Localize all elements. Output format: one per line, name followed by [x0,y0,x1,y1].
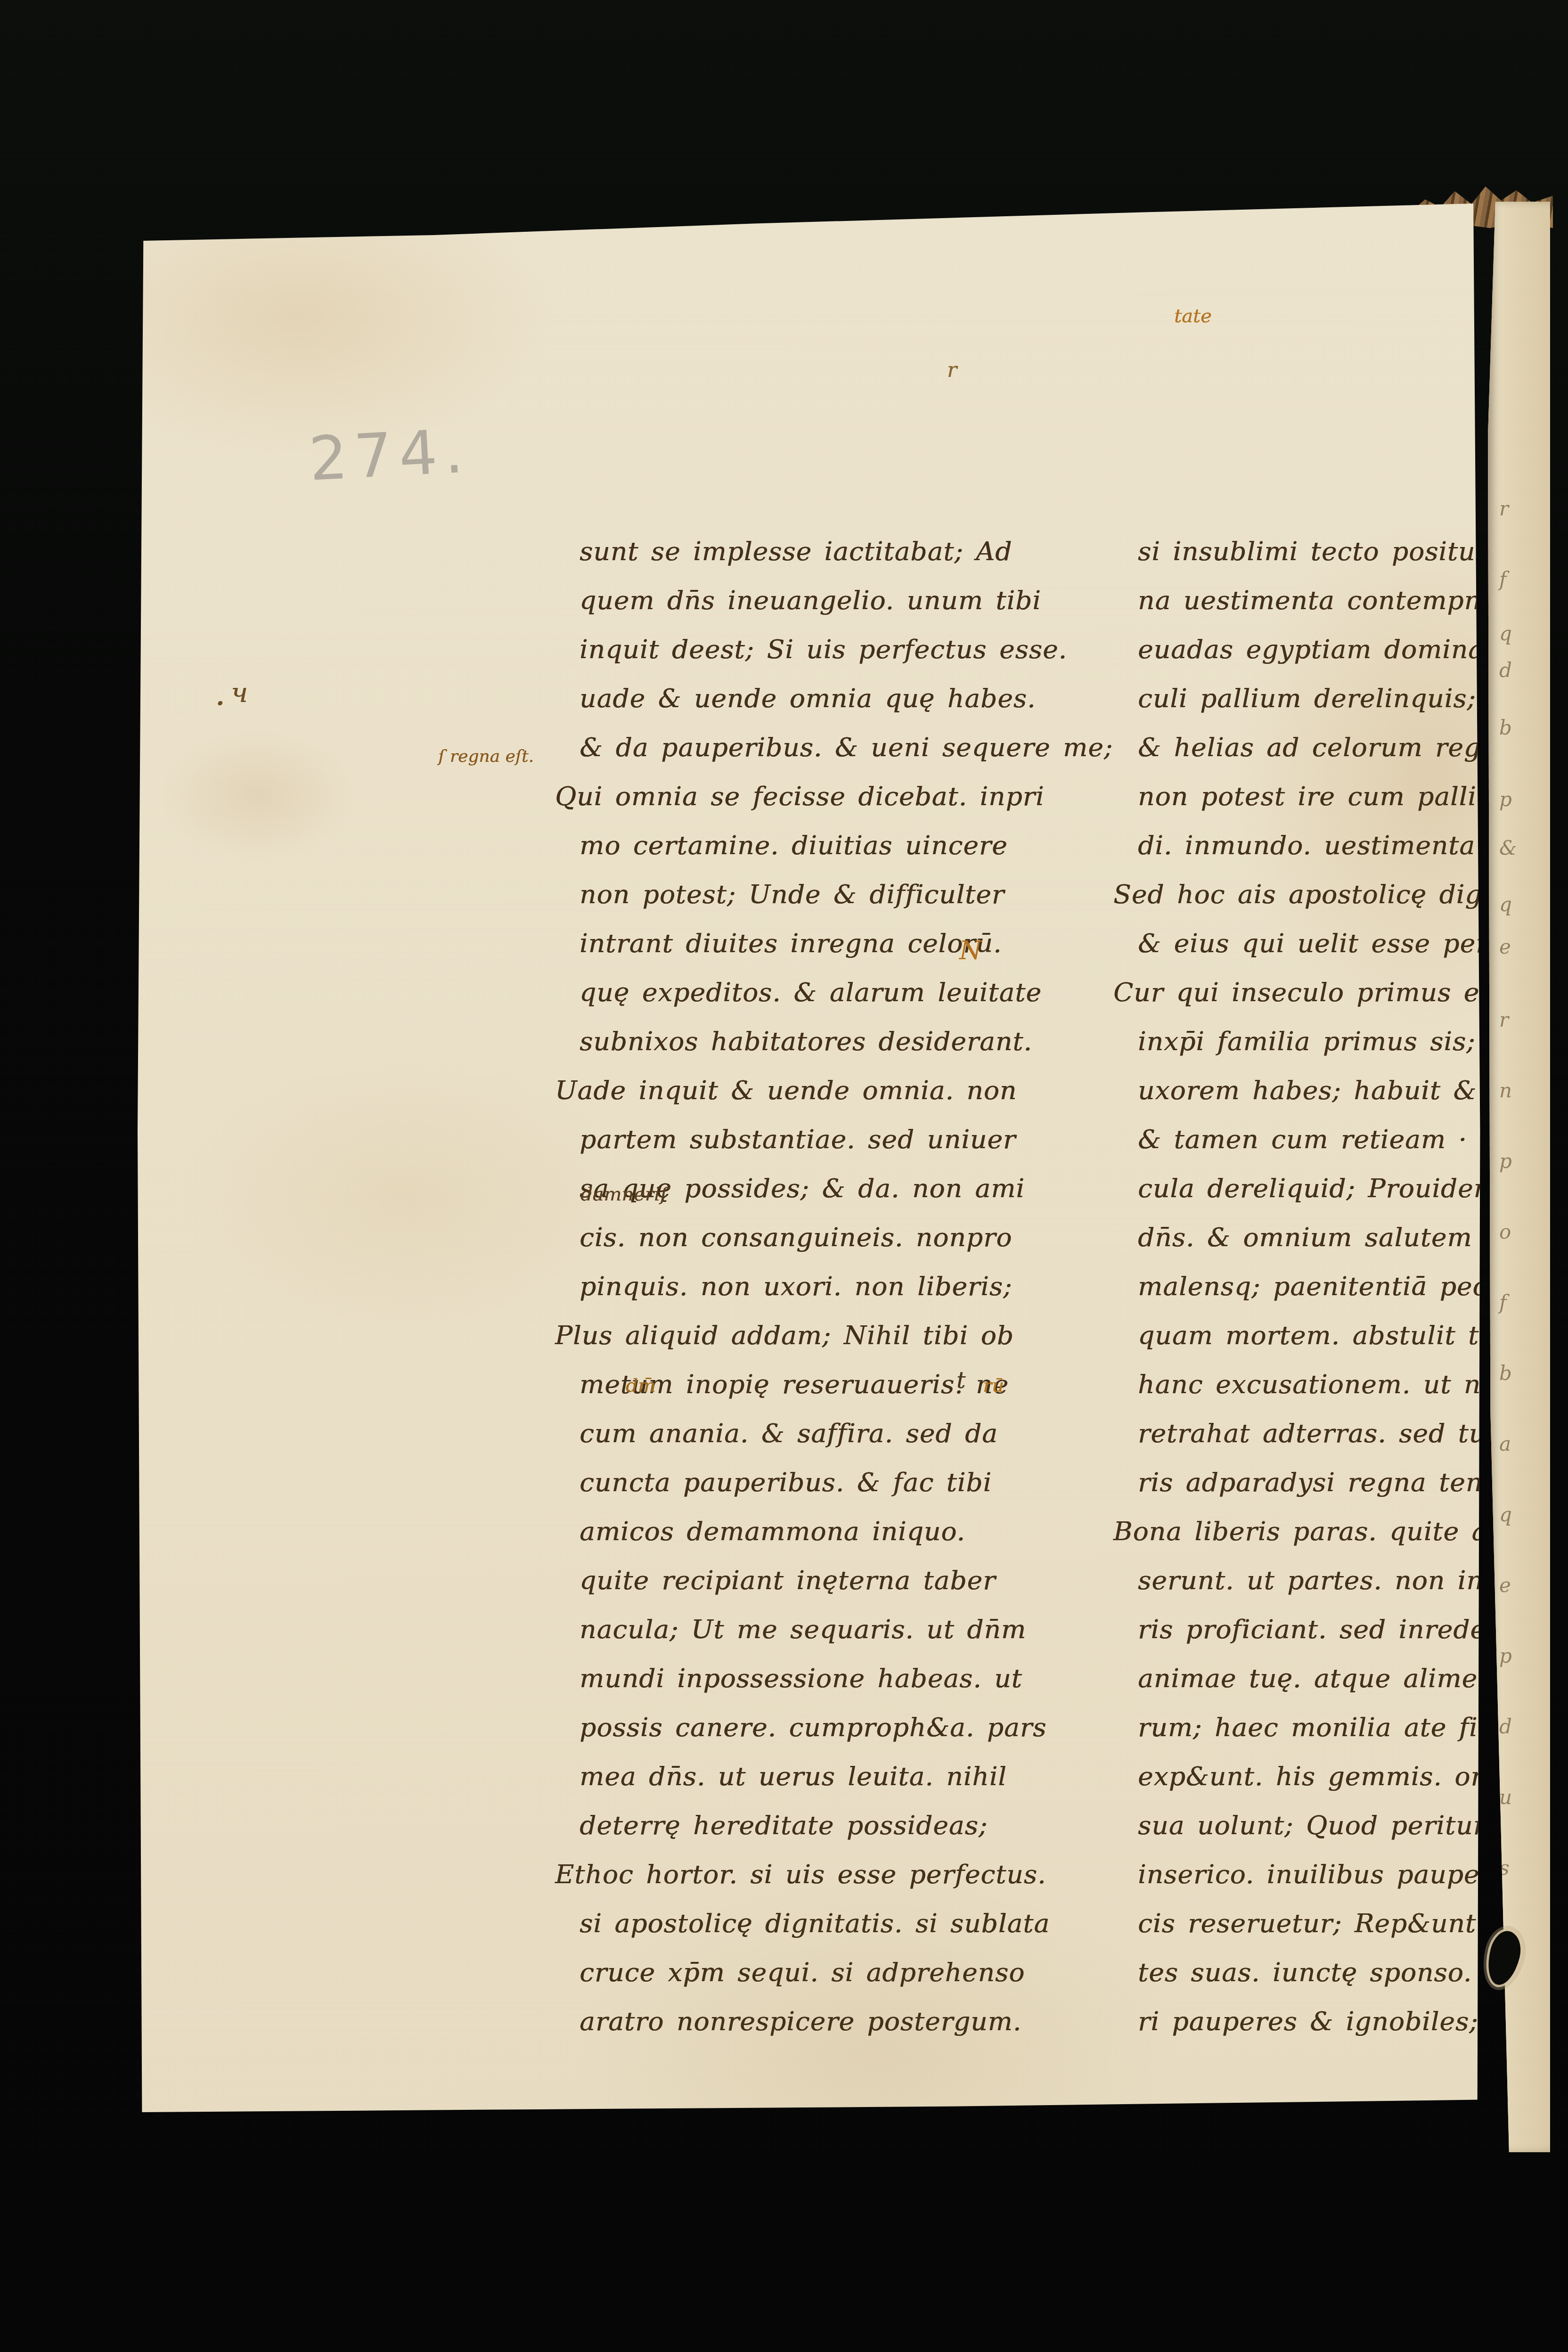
text-line: & da pauperibus. & ueni sequere me; [580,723,1113,772]
edge-letter: p [1499,788,1512,811]
text-line: mo certamine. diuitias uincere [580,821,1113,870]
text-line: si apostolicę dignitatis. si sublata [580,1899,1113,1948]
edge-letter: f [1499,1291,1507,1314]
margin-mark: ч [231,677,248,709]
text-line: amicos demammona iniquo. [580,1507,1113,1556]
edge-letter: q [1499,1503,1512,1526]
text-line: cum anania. & saffira. sed da [580,1409,1113,1458]
margin-mark: N [959,936,981,965]
edge-letter: o [1499,1220,1511,1243]
interlinear-gloss: dm̄ [626,1375,656,1396]
edge-letter: q [1499,622,1512,645]
text-line: possis canere. cumproph&a. pars [580,1703,1113,1752]
text-line: pinquis. non uxori. non liberis; [580,1262,1113,1311]
text-line: partem substantiae. sed uniuer [580,1115,1113,1164]
edge-letter: r [1499,497,1509,520]
text-line: non potest; Unde & difficulter [580,870,1113,919]
edge-letter: r [1499,1008,1509,1031]
edge-letter: q [1499,893,1512,916]
text-line: aratro nonrespicere postergum. [580,1997,1113,2046]
edge-letter: b [1499,716,1512,739]
photograph-stage: 274. sunt se implesse iactitabat; Adquem… [0,0,1568,2352]
text-line: deterrę hereditate possideas; [580,1801,1113,1850]
text-line: subnixos habitatores desiderant. [580,1017,1113,1066]
text-line: inquit deest; Si uis perfectus esse. [580,625,1113,674]
text-line: nacula; Ut me sequaris. ut dn̄m [580,1605,1113,1654]
interlinear-gloss: damneriſ [580,1184,667,1205]
pencil-folio-number: 274. [307,416,471,495]
text-line: cuncta pauperibus. & fac tibi [580,1458,1113,1507]
text-line: cruce xp̄m sequi. si adprehenso [580,1948,1113,1997]
edge-letter: u [1499,1786,1512,1809]
text-line: metum inopię reseruaueris. ne [580,1360,1113,1409]
text-line: intrant diuites inregna celorū. [580,919,1113,968]
text-line: uade & uende omnia quę habes. [580,674,1113,723]
interlinear-gloss: tate [1174,305,1212,327]
edge-letter: d [1499,1715,1512,1738]
margin-mark: · [215,684,225,723]
text-line: cis. non consanguineis. nonpro [580,1213,1113,1262]
edge-letter: a [1499,1432,1511,1455]
text-column-left: sunt se implesse iactitabat; Adquem dn̄s… [580,527,1113,2046]
text-line: quę expeditos. & alarum leuitate [580,968,1113,1017]
interlinear-gloss: ſ regna eſt. [438,747,534,766]
text-line: Uade inquit & uende omnia. non [555,1066,1113,1115]
edge-letter: n [1499,1079,1512,1102]
margin-mark: rū [983,1375,1004,1396]
text-line: Plus aliquid addam; Nihil tibi ob [555,1311,1113,1360]
margin-mark: t [956,1367,965,1394]
edge-letter: d [1499,659,1512,682]
edge-letter: p [1499,1150,1512,1173]
text-line: mea dn̄s. ut uerus leuita. nihil [580,1752,1113,1801]
edge-letter: e [1499,935,1511,958]
edge-letter: f [1499,568,1507,591]
edge-letter: & [1499,836,1517,859]
edge-letter: p [1499,1644,1512,1667]
text-line: quite recipiant inęterna taber [580,1556,1113,1605]
text-line: ri pauperes & ignobiles; priora orna [1138,1997,1568,2046]
text-line: Qui omnia se fecisse dicebat. inpri [555,772,1113,821]
edge-letter: e [1499,1574,1511,1597]
text-line: mundi inpossessione habeas. ut [580,1654,1113,1703]
text-line: Ethoc hortor. si uis esse perfectus. [555,1850,1113,1899]
text-line: sunt se implesse iactitabat; Ad [580,527,1113,576]
edge-letter: b [1499,1362,1512,1385]
text-line: quem dn̄s ineuangelio. unum tibi [580,576,1113,625]
edge-letter: s [1499,1856,1510,1879]
manuscript-page: 274. sunt se implesse iactitabat; Adquem… [137,203,1484,2113]
next-page-edge: rfqdbp&qernpofbaqepduse [1488,202,1550,2152]
margin-mark: r [947,358,957,382]
